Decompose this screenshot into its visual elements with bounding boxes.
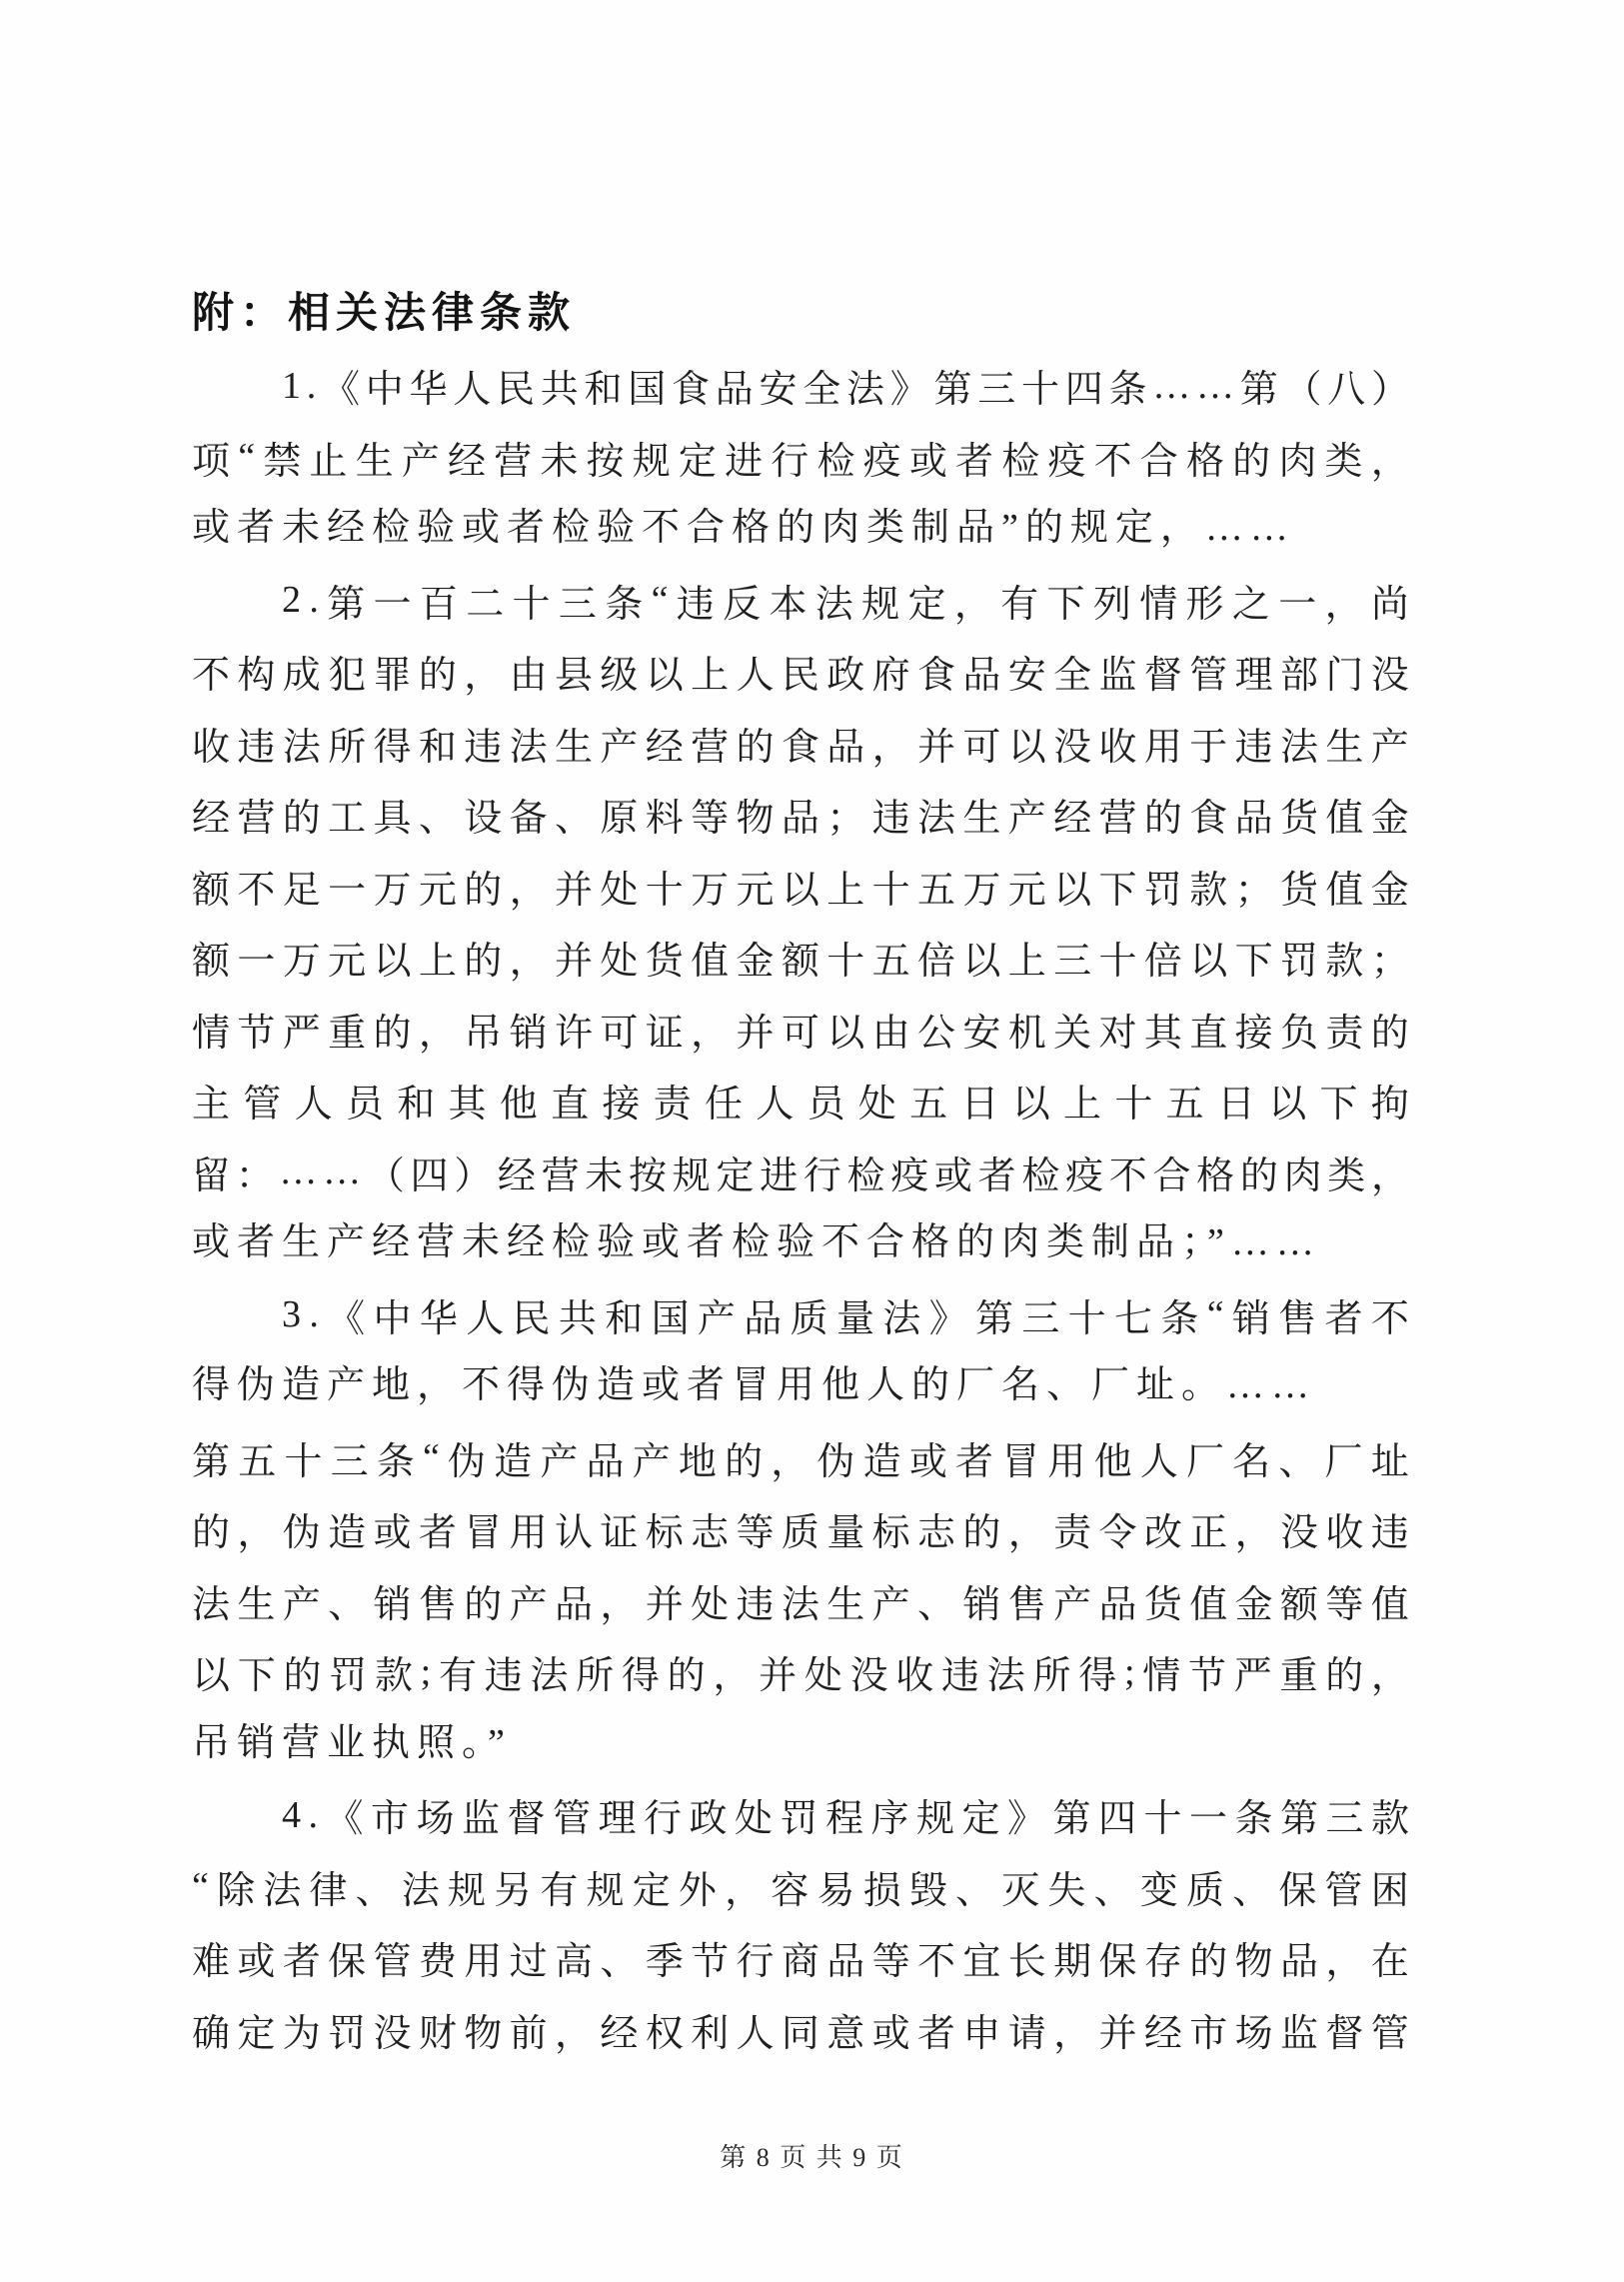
page-footer: 第 8 页 共 9 页 (0, 2137, 1624, 2174)
text-line: 吊销营业执照。” (192, 1708, 1409, 1780)
text-line: 或者未经检验或者检验不合格的肉类制品”的规定，…… (192, 493, 1409, 565)
text-line: 以下的罚款;有违法所得的，并处没收违法所得;情节严重的， (192, 1636, 1409, 1708)
text-line: 的，伪造或者冒用认证标志等质量标志的，责令改正，没收违 (192, 1493, 1409, 1565)
text-line: 确定为罚没财物前，经权利人同意或者申请，并经市场监督管 (192, 1994, 1409, 2066)
page-number-label: 第 8 页 共 9 页 (720, 2143, 904, 2172)
attachment-heading: 附：相关法律条款 (192, 276, 1409, 350)
text-line: 2.第一百二十三条“违反本法规定，有下列情形之一，尚 (192, 565, 1409, 637)
text-line: 经营的工具、设备、原料等物品；违法生产经营的食品货值金 (192, 779, 1409, 851)
text-line: 项“禁止生产经营未按规定进行检疫或者检疫不合格的肉类， (192, 422, 1409, 494)
text-line: 4.《市场监督管理行政处罚程序规定》第四十一条第三款 (192, 1779, 1409, 1851)
text-line: 得伪造产地，不得伪造或者冒用他人的厂名、厂址。…… (192, 1350, 1409, 1422)
text-line: 或者生产经营未经检验或者检验不合格的肉类制品；”…… (192, 1207, 1409, 1279)
text-line: 第五十三条“伪造产品产地的，伪造或者冒用他人厂名、厂址 (192, 1422, 1409, 1494)
text-line: 1.《中华人民共和国食品安全法》第三十四条……第（八） (192, 350, 1409, 422)
text-line: 额一万元以上的，并处货值金额十五倍以上三十倍以下罚款； (192, 922, 1409, 994)
text-line: 法生产、销售的产品，并处违法生产、销售产品货值金额等值 (192, 1565, 1409, 1637)
text-line: 收违法所得和违法生产经营的食品，并可以没收用于违法生产 (192, 708, 1409, 780)
text-line: 主管人员和其他直接责任人员处五日以上十五日以下拘 (192, 1065, 1409, 1137)
text-line: 不构成犯罪的，由县级以上人民政府食品安全监督管理部门没 (192, 636, 1409, 708)
text-line: 情节严重的，吊销许可证，并可以由公安机关对其直接负责的 (192, 994, 1409, 1066)
legal-text-lines: 1.《中华人民共和国食品安全法》第三十四条……第（八）项“禁止生产经营未按规定进… (192, 350, 1409, 2065)
text-line: 留：……（四）经营未按规定进行检疫或者检疫不合格的肉类， (192, 1137, 1409, 1208)
scanned-legal-document-page: 附：相关法律条款 1.《中华人民共和国食品安全法》第三十四条……第（八）项“禁止… (0, 0, 1624, 2282)
text-line: “除法律、法规另有规定外，容易损毁、灭失、变质、保管困 (192, 1851, 1409, 1923)
document-body: 附：相关法律条款 1.《中华人民共和国食品安全法》第三十四条……第（八）项“禁止… (192, 276, 1409, 2065)
text-line: 难或者保管费用过高、季节行商品等不宜长期保存的物品，在 (192, 1922, 1409, 1994)
text-line: 3.《中华人民共和国产品质量法》第三十七条“销售者不 (192, 1279, 1409, 1351)
text-line: 额不足一万元的，并处十万元以上十五万元以下罚款；货值金 (192, 851, 1409, 923)
